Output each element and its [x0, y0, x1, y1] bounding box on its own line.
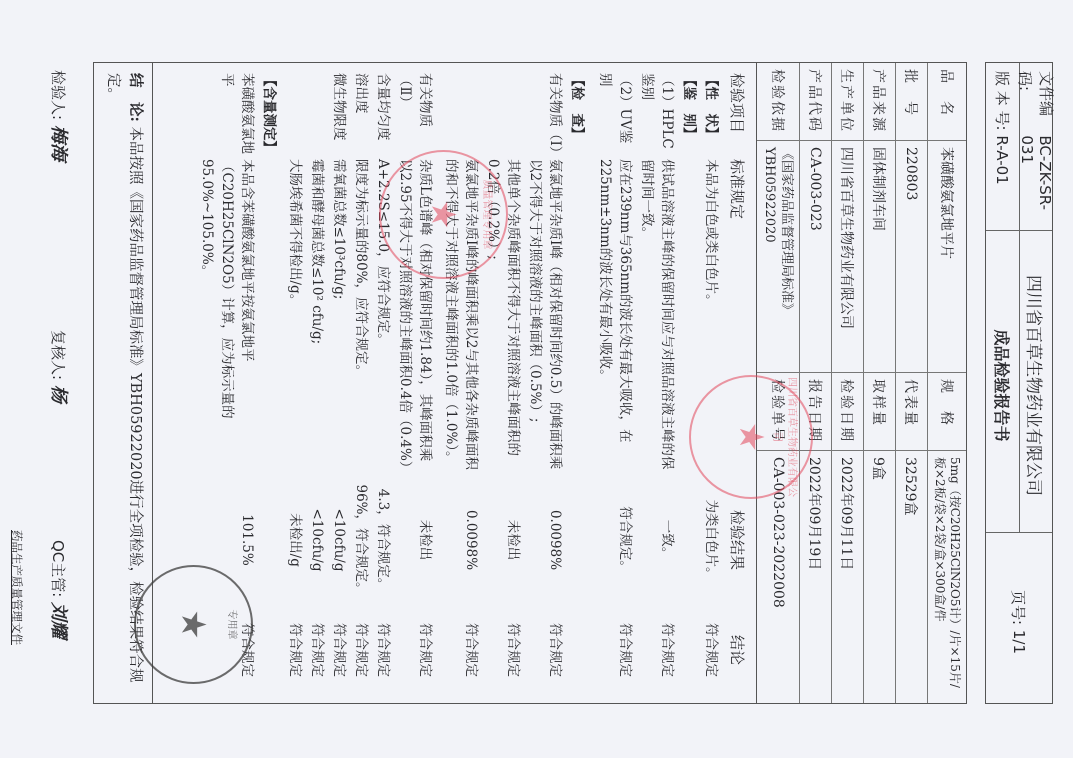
col-conclusion: 结论 [726, 605, 748, 695]
row-hplc: （1）HPLC鉴别 供试品溶液主峰的保留时间应与对照品溶液主峰的保留时间一致。 … [636, 63, 678, 703]
product-name-label: 品 名 [927, 63, 966, 141]
row-uv: （2）UV鉴别 应在239nm与365nm的波长处有最大吸收，在225nm±3n… [594, 63, 636, 703]
conclusion-text: 本品按照《国家药品监督管理局标准》YBH05922020进行全项检验，检验结果符… [105, 73, 143, 683]
document-header: 文件编码: BC-ZK-SR-031 四川省百草生物药业有限公司 页号: 1/1… [985, 62, 1053, 704]
row-assay-title: 【含量测定】 [258, 63, 280, 703]
row-content-uniformity: 含量均匀度 A+2.2S≤15.0，应符合规定。 4.3，符合规定。 符合规定 [372, 63, 394, 703]
row-microbial-3: 大肠埃希菌不得检出/g。 未检出/g 符合规定 [284, 63, 306, 703]
source-label: 产品来源 [863, 63, 895, 141]
company-name: 四川省百草生物药业有限公司 [1019, 231, 1052, 533]
spec: 5mg（按C20H25ClN2O5计）/片×15片/板×2板/袋×2袋/盒×30… [927, 451, 966, 703]
reviewer-signature: 复核人: 杨 [47, 330, 73, 403]
row-dissolution: 溶出度 限度为标示量的80%，应符合规定。 96%，符合规定。 符合规定 [350, 63, 372, 703]
product-code: CA-003-023 [799, 141, 831, 373]
version: 版 本 号: R-A-01 [986, 63, 1019, 231]
sample-label: 取样量 [863, 373, 895, 451]
report-date: 2022年09月19日 [799, 451, 831, 703]
footnote: 药品生产质量管理文件 [9, 530, 25, 645]
col-item: 检验项目 [726, 71, 748, 157]
row-related-substances-1a: 有关物质（Ⅰ） 氨氯地平杂质Ⅰ峰（相对保留时间约0.5）的峰面积乘以2不得大于对… [524, 63, 566, 703]
spec-label: 规 格 [927, 373, 966, 451]
test-date-label: 检验日期 [831, 373, 863, 451]
inspection-seal-stamp: 专用章★ [134, 565, 253, 684]
basis-label: 检验依据 [757, 63, 799, 141]
quantity-label: 代表量 [895, 373, 927, 451]
test-date: 2022年09月11日 [831, 451, 863, 703]
page-number: 页号: 1/1 [986, 533, 1052, 703]
conclusion-label: 结 论: [127, 73, 144, 122]
row-checks-title: 【检 查】 [566, 63, 588, 703]
batch-number: 220803 [895, 141, 927, 373]
row-microbial-1: 微生物限度 需氧菌总数≤10³cfu/g; <10cfu/g 符合规定 [328, 63, 350, 703]
quality-seal-stamp: 质量管理专用章★ [379, 150, 508, 279]
batch-label: 批 号 [895, 63, 927, 141]
report-title: 成品检验报告书 [986, 231, 1019, 533]
producer-label: 生产单位 [831, 63, 863, 141]
inspector-signature: 检验人: 梅海 [47, 70, 73, 161]
row-microbial-2: 霉菌和酵母菌总数≤10² cfu/g; <10cfu/g 符合规定 [306, 63, 328, 703]
qc-signature: QC主管: 刘耀 [47, 540, 73, 638]
product-name: 苯磺酸氨氯地平片 [927, 141, 966, 373]
row-identification-title: 【鉴 别】 [678, 63, 700, 703]
test-basis: 《国家药品监督管理局标准》YBH05922020 [757, 141, 799, 373]
report-page: 文件编码: BC-ZK-SR-031 四川省百草生物药业有限公司 页号: 1/1… [0, 0, 1073, 758]
producer: 四川省百草生物药业有限公司 [831, 141, 863, 373]
doc-code: 文件编码: BC-ZK-SR-031 [1019, 63, 1052, 231]
product-code-label: 产品代码 [799, 63, 831, 141]
source: 固体制剂车间 [863, 141, 895, 373]
company-seal-stamp: 四川省百草生物药业有限公司★ [689, 375, 813, 499]
sample-amount: 9盒 [863, 451, 895, 703]
quantity: 32529盒 [895, 451, 927, 703]
